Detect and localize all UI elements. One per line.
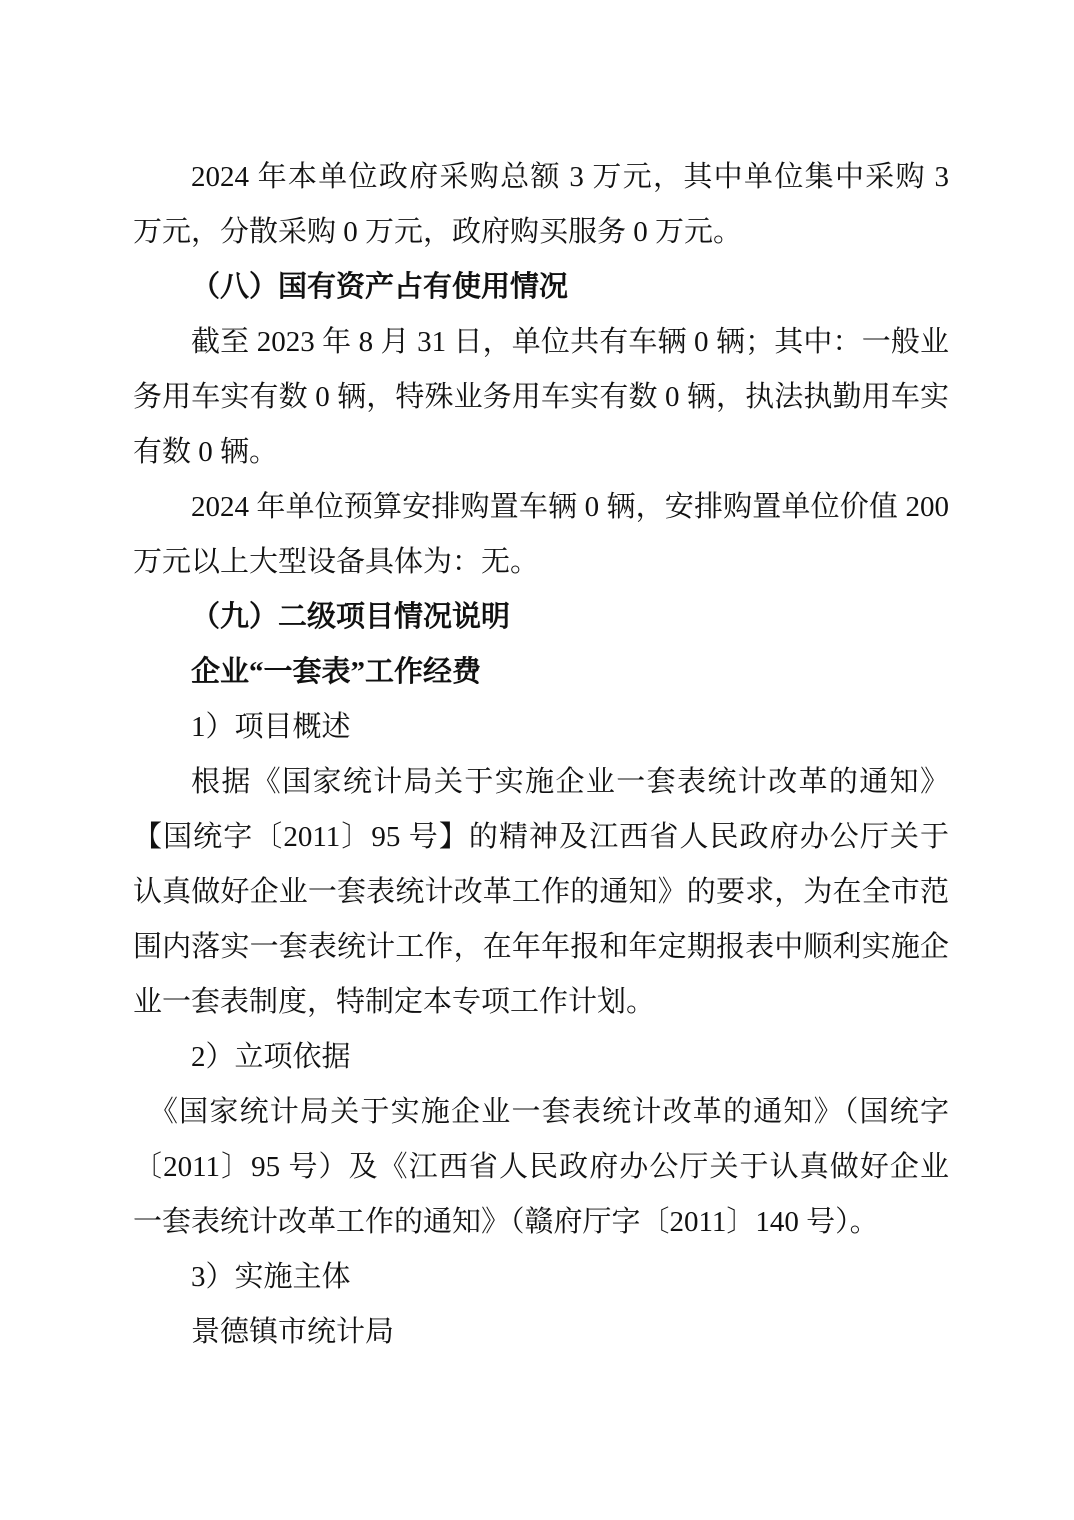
document-body: 2024 年本单位政府采购总额 3 万元，其中单位集中采购 3 万元，分散采购 … <box>133 150 949 1360</box>
subheading-3-implementing-body: 3）实施主体 <box>133 1250 949 1305</box>
heading-section-8-state-assets: （八）国有资产占有使用情况 <box>133 260 949 315</box>
paragraph-project-overview: 根据《国家统计局关于实施企业一套表统计改革的通知》【国统字〔2011〕95 号】… <box>133 755 949 1030</box>
subheading-1-project-overview: 1）项目概述 <box>133 700 949 755</box>
document-page: 2024 年本单位政府采购总额 3 万元，其中单位集中采购 3 万元，分散采购 … <box>0 0 1074 1520</box>
subheading-2-approval-basis: 2）立项依据 <box>133 1030 949 1085</box>
heading-project-one-set-tables-fund: 企业“一套表”工作经费 <box>133 645 949 700</box>
paragraph-vehicle-holdings: 截至 2023 年 8 月 31 日，单位共有车辆 0 辆；其中：一般业务用车实… <box>133 315 949 480</box>
heading-section-9-subprojects: （九）二级项目情况说明 <box>133 590 949 645</box>
paragraph-vehicle-budget-plan: 2024 年单位预算安排购置车辆 0 辆，安排购置单位价值 200 万元以上大型… <box>133 480 949 590</box>
paragraph-procurement-total: 2024 年本单位政府采购总额 3 万元，其中单位集中采购 3 万元，分散采购 … <box>133 150 949 260</box>
paragraph-approval-basis: 《国家统计局关于实施企业一套表统计改革的通知》（国统字〔2011〕95 号）及《… <box>133 1085 949 1250</box>
paragraph-implementing-body: 景德镇市统计局 <box>133 1305 949 1360</box>
